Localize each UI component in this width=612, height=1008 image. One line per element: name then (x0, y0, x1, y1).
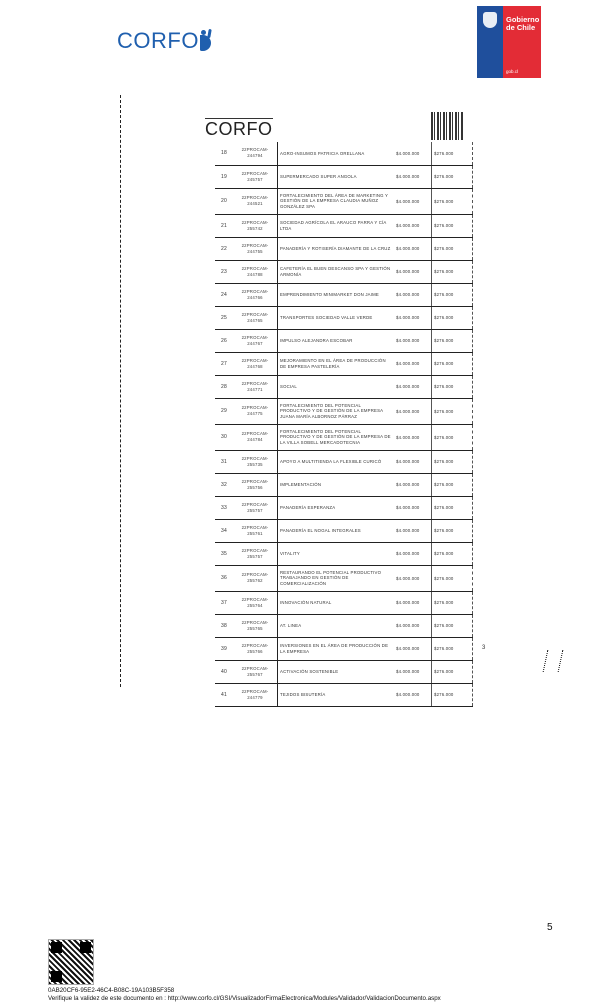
project-name: FORTALECIMIENTO DEL POTENCIAL PRODUCTIVO… (278, 424, 395, 450)
project-code: 22PROCAM-244779 (233, 683, 278, 706)
row-number: 23 (215, 260, 233, 283)
row-number: 37 (215, 591, 233, 614)
amount-cell: $4.000.000 (394, 237, 432, 260)
scanned-page-marker: 3 (482, 645, 485, 651)
row-number: 26 (215, 329, 233, 352)
project-code: 22PROCAM-244765 (233, 306, 278, 329)
table-row: 3322PROCAM-255757PANADERÍA ESPERANZA$4.0… (215, 496, 473, 519)
project-name: SUPERMERCADO SUPER ANGOLA (278, 165, 395, 188)
corfo-logo-text: CORFO (117, 28, 199, 54)
fee-cell: $276.000 (432, 637, 473, 660)
fee-cell: $276.000 (432, 660, 473, 683)
amount-cell: $4.000.000 (394, 637, 432, 660)
table-row: 3822PROCAM-255765AT. LINEA$4.000.000$276… (215, 614, 473, 637)
table-row: 3022PROCAM-244784FORTALECIMIENTO DEL POT… (215, 424, 473, 450)
coat-of-arms-icon (483, 12, 497, 28)
row-number: 36 (215, 565, 233, 591)
fee-cell: $276.000 (432, 352, 473, 375)
row-number: 22 (215, 237, 233, 260)
project-name: PANADERÍA Y ROTISERÍA DIAMANTE DE LA CRU… (278, 237, 395, 260)
fee-cell: $276.000 (432, 496, 473, 519)
fee-cell: $276.000 (432, 542, 473, 565)
project-code: 22PROCAM-245757 (233, 165, 278, 188)
table-row: 2222PROCAM-244755PANADERÍA Y ROTISERÍA D… (215, 237, 473, 260)
amount-cell: $4.000.000 (394, 306, 432, 329)
fee-cell: $276.000 (432, 565, 473, 591)
project-code: 22PROCAM-244771 (233, 375, 278, 398)
row-number: 21 (215, 214, 233, 237)
project-name: AT. LINEA (278, 614, 395, 637)
project-code: 22PROCAM-244755 (233, 237, 278, 260)
fee-cell: $276.000 (432, 450, 473, 473)
amount-cell: $4.000.000 (394, 450, 432, 473)
project-code: 22PROCAM-255765 (233, 614, 278, 637)
project-code: 22PROCAM-255735 (233, 450, 278, 473)
project-name: APOYO A MULTITIENDA LA FLEXIBLE CURICÓ (278, 450, 395, 473)
project-code: 22PROCAM-255742 (233, 214, 278, 237)
amount-cell: $4.000.000 (394, 165, 432, 188)
project-code: 22PROCAM-244784 (233, 424, 278, 450)
row-number: 28 (215, 375, 233, 398)
project-name: SOCIAL (278, 375, 395, 398)
project-name: FORTALECIMIENTO DEL ÁREA DE MARKETING Y … (278, 188, 395, 214)
table-row: 3122PROCAM-255735APOYO A MULTITIENDA LA … (215, 450, 473, 473)
amount-cell: $4.000.000 (394, 398, 432, 424)
fee-cell: $276.000 (432, 473, 473, 496)
row-number: 24 (215, 283, 233, 306)
signature-mark-icon (543, 650, 564, 672)
amount-cell: $4.000.000 (394, 329, 432, 352)
project-code: 22PROCAM-244768 (233, 352, 278, 375)
table-row: 2122PROCAM-255742SOCIEDAD AGRÍCOLA EL AR… (215, 214, 473, 237)
project-name: IMPLEMENTACIÓN (278, 473, 395, 496)
project-name: CAFETERÍA EL BUEN DESCANSO SPA Y GESTIÓN… (278, 260, 395, 283)
row-number: 39 (215, 637, 233, 660)
fee-cell: $276.000 (432, 142, 473, 165)
fee-cell: $276.000 (432, 188, 473, 214)
project-code: 22PROCAM-255762 (233, 565, 278, 591)
project-code: 22PROCAM-255756 (233, 473, 278, 496)
project-code: 22PROCAM-255764 (233, 591, 278, 614)
fee-cell: $276.000 (432, 329, 473, 352)
amount-cell: $4.000.000 (394, 260, 432, 283)
project-name: FORTALECIMIENTO DEL POTENCIAL PRODUCTIVO… (278, 398, 395, 424)
gob-logo-footer: gob.cl (506, 69, 518, 74)
amount-cell: $4.000.000 (394, 375, 432, 398)
row-number: 31 (215, 450, 233, 473)
margin-dashed-line (120, 95, 121, 687)
table-row: 2422PROCAM-244766EMPRENDIMIENTO MINIMARK… (215, 283, 473, 306)
table-row: 3522PROCAM-255757VITALITY$4.000.000$276.… (215, 542, 473, 565)
row-number: 25 (215, 306, 233, 329)
fee-cell: $276.000 (432, 283, 473, 306)
table-row: 2022PROCAM-244521FORTALECIMIENTO DEL ÁRE… (215, 188, 473, 214)
fee-cell: $276.000 (432, 260, 473, 283)
table-row: 2722PROCAM-244768MEJORAMIENTO EN EL ÁREA… (215, 352, 473, 375)
fee-cell: $276.000 (432, 165, 473, 188)
row-number: 34 (215, 519, 233, 542)
project-code: 22PROCAM-255766 (233, 637, 278, 660)
table-row: 1922PROCAM-245757SUPERMERCADO SUPER ANGO… (215, 165, 473, 188)
row-number: 30 (215, 424, 233, 450)
table-row: 3722PROCAM-255764INNOVACIÓN NATURAL$4.00… (215, 591, 473, 614)
project-code: 22PROCAM-244775 (233, 398, 278, 424)
project-name: AGRO-INSUMOS PATRICIA ORELLANA (278, 142, 395, 165)
fee-cell: $276.000 (432, 306, 473, 329)
table-row: 4122PROCAM-244779TEJIDOS BISUTERÍA$4.000… (215, 683, 473, 706)
fee-cell: $276.000 (432, 398, 473, 424)
row-number: 32 (215, 473, 233, 496)
project-code: 22PROCAM-244766 (233, 283, 278, 306)
amount-cell: $4.000.000 (394, 591, 432, 614)
gobierno-de-chile-logo: Gobiernode Chile gob.cl (477, 6, 541, 78)
project-code: 22PROCAM-244794 (233, 142, 278, 165)
amount-cell: $4.000.000 (394, 188, 432, 214)
table-row: 3422PROCAM-255761PANADERÍA EL NOGAL INTE… (215, 519, 473, 542)
row-number: 40 (215, 660, 233, 683)
project-code: 22PROCAM-255767 (233, 660, 278, 683)
row-number: 20 (215, 188, 233, 214)
project-name: INVERSIONES EN EL ÁREA DE PRODUCCIÓN DE … (278, 637, 395, 660)
amount-cell: $4.000.000 (394, 683, 432, 706)
project-code: 22PROCAM-244767 (233, 329, 278, 352)
table-row: 3222PROCAM-255756IMPLEMENTACIÓN$4.000.00… (215, 473, 473, 496)
project-name: PANADERÍA ESPERANZA (278, 496, 395, 519)
verification-link[interactable]: Verifique la validez de este documento e… (48, 995, 441, 1002)
beneficiaries-table: 1822PROCAM-244794AGRO-INSUMOS PATRICIA O… (215, 142, 473, 707)
verification-qr-code-icon (48, 939, 94, 985)
scanned-qr-code-icon (431, 112, 463, 140)
fee-cell: $276.000 (432, 519, 473, 542)
project-name: VITALITY (278, 542, 395, 565)
project-code: 22PROCAM-244521 (233, 188, 278, 214)
amount-cell: $4.000.000 (394, 660, 432, 683)
project-name: INNOVACIÓN NATURAL (278, 591, 395, 614)
fee-cell: $276.000 (432, 591, 473, 614)
corfo-figure-icon (200, 29, 212, 53)
row-number: 29 (215, 398, 233, 424)
project-code: 22PROCAM-244788 (233, 260, 278, 283)
amount-cell: $4.000.000 (394, 424, 432, 450)
amount-cell: $4.000.000 (394, 519, 432, 542)
amount-cell: $4.000.000 (394, 614, 432, 637)
row-number: 41 (215, 683, 233, 706)
fee-cell: $276.000 (432, 614, 473, 637)
project-name: IMPULSO ALEJANDRA ESCOBAR (278, 329, 395, 352)
amount-cell: $4.000.000 (394, 214, 432, 237)
page-number: 5 (547, 922, 553, 933)
project-name: SOCIEDAD AGRÍCOLA EL ARAUCO PARRA Y CÍA … (278, 214, 395, 237)
table-row: 3622PROCAM-255762RESTAURANDO EL POTENCIA… (215, 565, 473, 591)
row-number: 35 (215, 542, 233, 565)
project-name: TRANSPORTES SOCIEDAD VALLE VERDE (278, 306, 395, 329)
table-row: 4022PROCAM-255767ACTIVACIÓN SOSTENIBLE$4… (215, 660, 473, 683)
project-code: 22PROCAM-255761 (233, 519, 278, 542)
document-id: 0AB20CF6-95E2-46C4-B08C-19A103B5F358 (48, 987, 174, 994)
row-number: 33 (215, 496, 233, 519)
table-row: 2522PROCAM-244765TRANSPORTES SOCIEDAD VA… (215, 306, 473, 329)
project-name: ACTIVACIÓN SOSTENIBLE (278, 660, 395, 683)
project-name: PANADERÍA EL NOGAL INTEGRALES (278, 519, 395, 542)
project-name: RESTAURANDO EL POTENCIAL PRODUCTIVO TRAB… (278, 565, 395, 591)
table-row: 2922PROCAM-244775FORTALECIMIENTO DEL POT… (215, 398, 473, 424)
table-row: 2322PROCAM-244788CAFETERÍA EL BUEN DESCA… (215, 260, 473, 283)
project-code: 22PROCAM-255757 (233, 542, 278, 565)
row-number: 27 (215, 352, 233, 375)
table-row: 1822PROCAM-244794AGRO-INSUMOS PATRICIA O… (215, 142, 473, 165)
row-number: 38 (215, 614, 233, 637)
corfo-logo: CORFO (117, 26, 212, 56)
amount-cell: $4.000.000 (394, 473, 432, 496)
amount-cell: $4.000.000 (394, 542, 432, 565)
amount-cell: $4.000.000 (394, 496, 432, 519)
project-name: EMPRENDIMIENTO MINIMARKET DON JAIME (278, 283, 395, 306)
table-row: 2822PROCAM-244771SOCIAL$4.000.000$276.00… (215, 375, 473, 398)
fee-cell: $276.000 (432, 237, 473, 260)
scanned-corfo-logo: CORFO (205, 118, 273, 140)
project-name: MEJORAMIENTO EN EL ÁREA DE PRODUCCIÓN DE… (278, 352, 395, 375)
amount-cell: $4.000.000 (394, 352, 432, 375)
row-number: 19 (215, 165, 233, 188)
amount-cell: $4.000.000 (394, 565, 432, 591)
table-row: 3922PROCAM-255766INVERSIONES EN EL ÁREA … (215, 637, 473, 660)
project-code: 22PROCAM-255757 (233, 496, 278, 519)
fee-cell: $276.000 (432, 214, 473, 237)
gob-logo-line2: de Chile (506, 23, 535, 32)
project-name: TEJIDOS BISUTERÍA (278, 683, 395, 706)
fee-cell: $276.000 (432, 683, 473, 706)
amount-cell: $4.000.000 (394, 283, 432, 306)
row-number: 18 (215, 142, 233, 165)
amount-cell: $4.000.000 (394, 142, 432, 165)
fee-cell: $276.000 (432, 424, 473, 450)
table-row: 2622PROCAM-244767IMPULSO ALEJANDRA ESCOB… (215, 329, 473, 352)
fee-cell: $276.000 (432, 375, 473, 398)
scanned-page-image: CORFO 1822PROCAM-244794AGRO-INSUMOS PATR… (205, 112, 485, 657)
